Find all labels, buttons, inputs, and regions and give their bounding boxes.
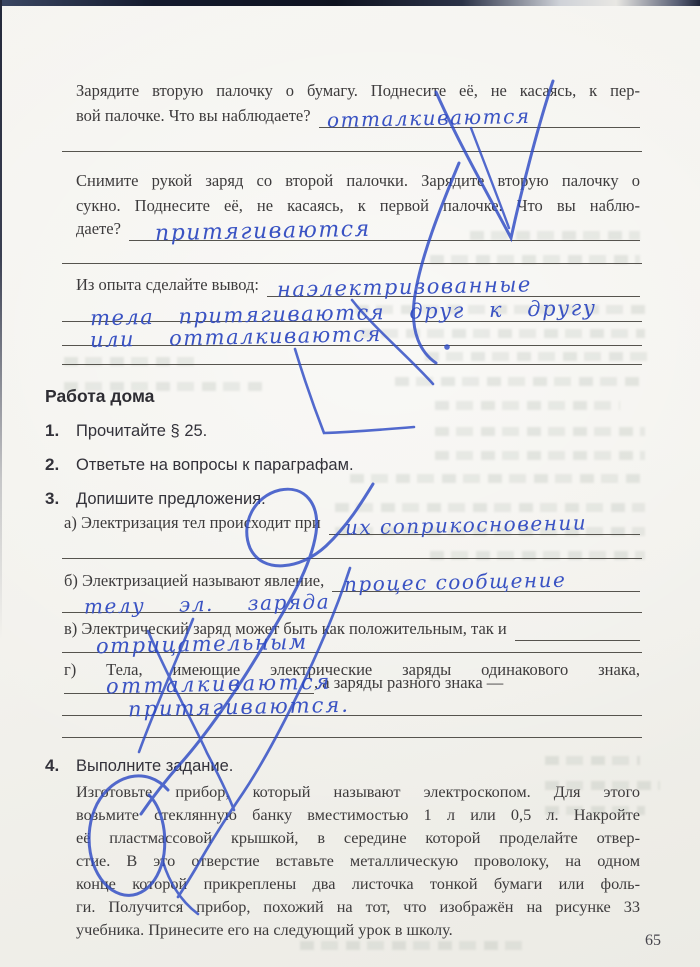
bleed-through-smudge bbox=[350, 474, 645, 483]
workbook-page-scan: Зарядите вторую палочку о бумагу. Поднес… bbox=[0, 0, 700, 967]
conclusion-prompt-row: Из опыта сделайте вывод: наэлектризованн… bbox=[76, 272, 640, 297]
bleed-through-smudge bbox=[545, 756, 640, 765]
answer-line bbox=[515, 616, 640, 641]
list-number: 2. bbox=[45, 452, 76, 477]
list-item: 2.Ответьте на вопросы к параграфам. bbox=[45, 452, 354, 477]
task-paragraph-line: Изготовьте прибор, который называют элек… bbox=[76, 780, 640, 803]
task-paragraph-line: возьмите стеклянную банку вместимостью 1… bbox=[76, 803, 640, 826]
handwritten-answer: или отталкиваются bbox=[90, 322, 382, 352]
bleed-through-smudge bbox=[435, 451, 645, 460]
printed-text: а) Электризация тел происходит при bbox=[64, 510, 321, 535]
answer-line: процес сообщение bbox=[332, 568, 640, 592]
task-paragraph-line: конце которой прикреплены два листочка т… bbox=[76, 872, 640, 895]
bleed-through-smudge bbox=[64, 382, 264, 391]
blank-line bbox=[62, 151, 642, 152]
printed-text: Из опыта сделайте вывод: bbox=[76, 272, 259, 297]
handwritten-answer: отталкиваются bbox=[326, 104, 530, 133]
handwritten-answer: притягиваются. bbox=[128, 693, 350, 722]
list-text: Выполните задание. bbox=[76, 757, 233, 775]
scan-top-edge bbox=[0, 0, 700, 6]
task-paragraph-line: ги. Получится прибор, похожий на тот, чт… bbox=[76, 895, 640, 918]
task-paragraph-line: стие. В это отверстие вставьте металличе… bbox=[76, 849, 640, 872]
handwritten-answer: отрицательным bbox=[96, 630, 308, 658]
printed-text: , а заряды разного знака — bbox=[314, 670, 503, 694]
bleed-through-smudge bbox=[425, 352, 647, 361]
answer-line: притягиваются. bbox=[62, 693, 642, 716]
answer-line: тела притягиваются друг к другу bbox=[62, 297, 642, 322]
printed-text: даете? bbox=[76, 216, 121, 241]
list-number: 1. bbox=[45, 418, 76, 443]
bleed-through-smudge bbox=[360, 329, 645, 338]
blank-line bbox=[62, 364, 642, 365]
question-with-answer-line: даете? притягиваются bbox=[76, 216, 640, 241]
blank-line bbox=[62, 558, 642, 559]
list-text: Прочитайте § 25. bbox=[76, 422, 207, 440]
list-item: 3.Допишите предложения. bbox=[45, 486, 266, 511]
blank-line bbox=[62, 737, 642, 738]
bleed-through-smudge bbox=[435, 427, 645, 436]
bleed-through-smudge bbox=[395, 377, 645, 386]
printed-text: вой палочке. Что вы наблюдаете? bbox=[76, 103, 311, 128]
fill-in-row-b: б) Электризацией называют явление, проце… bbox=[64, 568, 640, 592]
answer-line: отталкиваются bbox=[64, 670, 314, 694]
bleed-through-smudge bbox=[435, 401, 620, 410]
question-with-answer-line: вой палочке. Что вы наблюдаете? отталкив… bbox=[76, 103, 640, 128]
handwritten-answer: их соприкосновении bbox=[344, 510, 587, 540]
printed-text: б) Электризацией называют явление, bbox=[64, 568, 324, 592]
task-paragraph-line: учебника. Принесите его на следующий уро… bbox=[76, 918, 640, 941]
answer-line: отталкиваются bbox=[319, 103, 640, 128]
handwritten-answer: процес сообщение bbox=[344, 568, 567, 598]
bleed-through-smudge bbox=[300, 941, 530, 950]
task-paragraph-line: её пластмассовой крышкой, в середине кот… bbox=[76, 826, 640, 849]
answer-line: наэлектризованные bbox=[267, 272, 640, 297]
printed-text-line: Снимите рукой заряд со второй палочки. З… bbox=[76, 168, 640, 193]
fill-in-row-a: а) Электризация тел происходит при их со… bbox=[64, 510, 640, 535]
printed-text-line: Зарядите вторую палочку о бумагу. Поднес… bbox=[76, 78, 640, 103]
printed-text-line: сукно. Поднесите её, не касаясь, к перво… bbox=[76, 193, 640, 218]
handwritten-answer: телу эл. заряда bbox=[84, 589, 331, 618]
scan-left-edge bbox=[0, 0, 2, 640]
list-item: 4.Выполните задание. bbox=[45, 753, 233, 778]
blank-line bbox=[62, 263, 642, 264]
answer-line: их соприкосновении bbox=[329, 510, 640, 535]
list-number: 3. bbox=[45, 486, 76, 511]
fill-in-row-g: отталкиваются , а заряды разного знака — bbox=[64, 670, 640, 694]
page-number: 65 bbox=[645, 932, 661, 950]
list-item: 1.Прочитайте § 25. bbox=[45, 418, 207, 443]
list-number: 4. bbox=[45, 753, 76, 778]
list-text: Ответьте на вопросы к параграфам. bbox=[76, 456, 354, 474]
list-text: Допишите предложения. bbox=[76, 490, 266, 508]
handwritten-answer: притягиваются bbox=[155, 217, 371, 247]
answer-line: притягиваются bbox=[129, 216, 640, 241]
